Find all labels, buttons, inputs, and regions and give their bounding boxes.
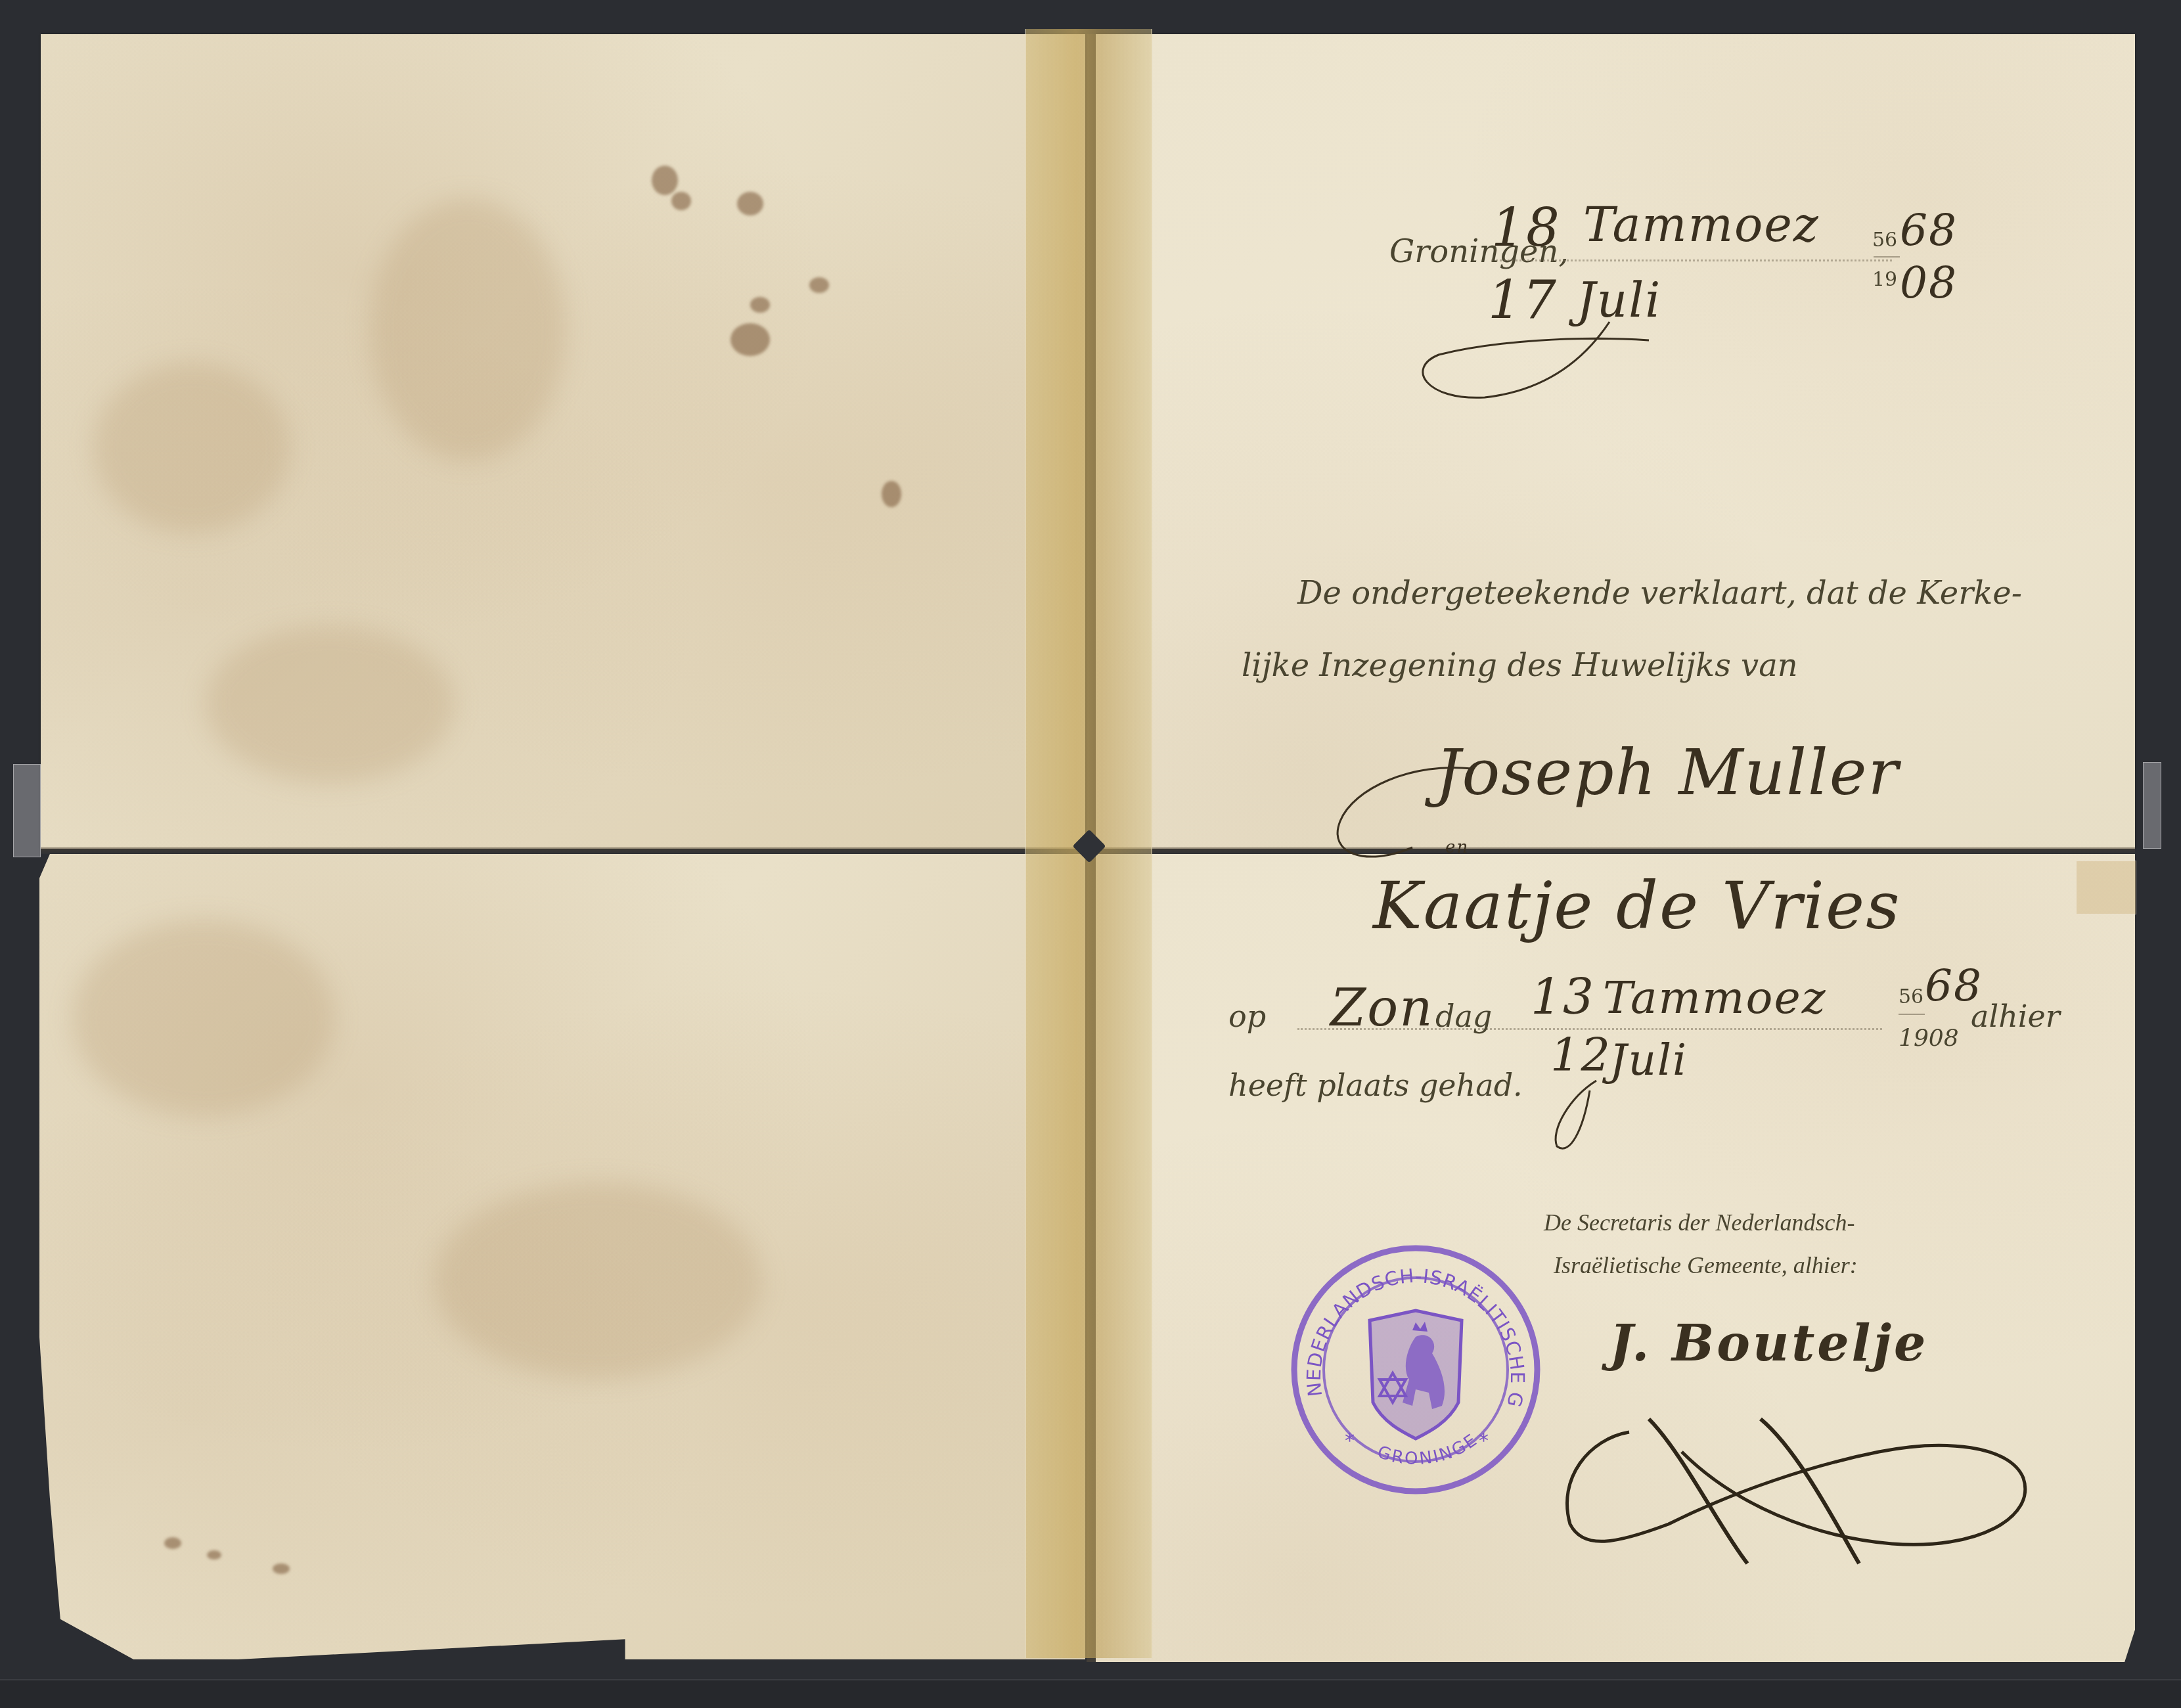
- ink-spot: [164, 1537, 181, 1549]
- ink-spot: [731, 323, 770, 356]
- signature-flourish: [1550, 1412, 2036, 1570]
- water-stain: [369, 198, 566, 461]
- ceremony-hebrew-day: 13: [1531, 969, 1595, 1025]
- paper-panel-bottom-left: [39, 854, 1085, 1659]
- congregation-seal-stamp: NEDERLANDSCH-ISRAËLITISCHE GEMEENTE GRON…: [1284, 1238, 1547, 1501]
- gregorian-year-prefix: 19: [1872, 268, 1897, 291]
- ceremony-suffix: alhier: [1971, 999, 2060, 1034]
- date-flourish: [1412, 315, 1662, 407]
- year-fraction-bar: [1874, 256, 1900, 258]
- shield-emblem-icon: [1370, 1311, 1462, 1439]
- ceremony-hebrew-month: Tammoez: [1603, 972, 1827, 1024]
- water-stain: [93, 363, 290, 533]
- ceremony-weekday: Zon: [1330, 979, 1433, 1038]
- water-stain: [434, 1182, 762, 1380]
- couple-connector: en: [1445, 838, 1469, 857]
- groom-name: Joseph Muller: [1435, 736, 1899, 809]
- ceremony-flourish: [1544, 1077, 1623, 1156]
- water-stain: [205, 625, 455, 783]
- secretary-signature: J. Boutelje: [1609, 1314, 1928, 1372]
- ink-spot: [273, 1563, 290, 1574]
- tape-piece-right-fold: [2076, 861, 2136, 914]
- ceremony-closing: heeft plaats gehad.: [1228, 1067, 1523, 1103]
- ink-spot: [882, 481, 901, 507]
- hebrew-day: 18: [1491, 197, 1561, 258]
- signatory-title-line-2: Israëlietische Gemeente, alhier:: [1554, 1251, 1858, 1279]
- tape-piece-right-edge: [2143, 762, 2161, 849]
- declaration-line-1: De ondergeteekende verklaart, dat de Ker…: [1297, 575, 2022, 612]
- ink-spot: [750, 297, 770, 313]
- hebrew-year-suffix: 68: [1900, 205, 1958, 256]
- gregorian-year-suffix: 08: [1900, 258, 1958, 308]
- hebrew-year-prefix: 56: [1872, 229, 1897, 252]
- ink-spot: [809, 277, 829, 293]
- ceremony-weekday-suffix: dag: [1435, 999, 1492, 1034]
- declaration-line-2: lijke Inzegening des Huwelijks van: [1242, 647, 1798, 684]
- ceremony-year-fraction-bar: [1899, 1014, 1925, 1015]
- hebrew-month: Tammoez: [1583, 197, 1820, 252]
- ceremony-gregorian-year: 1908: [1899, 1025, 1959, 1052]
- paper-panel-top-left: [41, 34, 1085, 849]
- ceremony-hebrew-year-prefix: 56: [1899, 985, 1923, 1008]
- backing-board-edge: [0, 1679, 2181, 1708]
- date-dotted-line: [1491, 259, 1892, 261]
- ink-spot: [671, 192, 691, 210]
- water-stain: [72, 920, 335, 1117]
- signatory-title-line-1: De Secretaris der Nederlandsch-: [1544, 1209, 1855, 1236]
- ceremony-prefix: op: [1228, 999, 1266, 1034]
- stamp-star-left: *: [1345, 1429, 1355, 1452]
- ink-spot: [207, 1550, 221, 1560]
- paper-panel-top-right: [1096, 34, 2135, 849]
- stamp-star-right: *: [1479, 1429, 1489, 1452]
- bride-name: Kaatje de Vries: [1373, 867, 1901, 944]
- ink-spot: [652, 166, 678, 195]
- ink-spot: [737, 192, 763, 215]
- tape-piece-left-edge: [13, 764, 41, 857]
- ceremony-gregorian-day: 12: [1550, 1028, 1611, 1082]
